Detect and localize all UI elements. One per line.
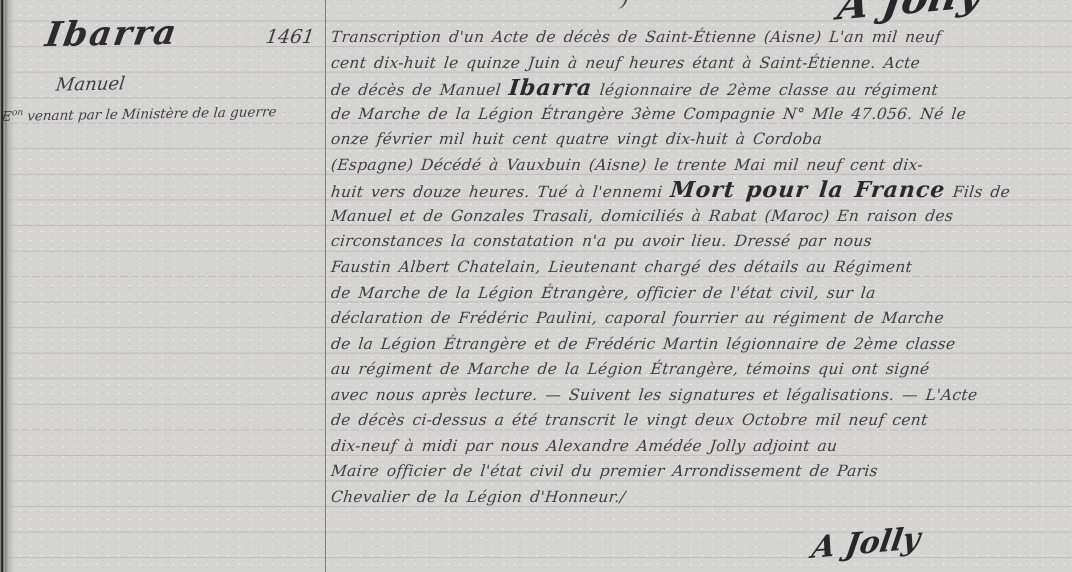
body-line-3: de décès de Manuel Ibarra légionnaire de… — [330, 78, 1069, 100]
body-text: cent dix-huit le quinze Juin à neuf heur… — [330, 54, 921, 72]
body-line-15: avec nous après lecture. — Suivent les s… — [330, 385, 1069, 405]
body-text: (Espagne) Décédé à Vauxbuin (Aisne) le t… — [330, 156, 924, 174]
body-line-1: Transcription d'un Acte de décès de Sain… — [330, 27, 1069, 47]
body-text: Chevalier de la Légion d'Honneur./ — [330, 488, 626, 506]
body-line-9: circonstances la constatation n'a pu avo… — [330, 231, 1069, 251]
body-text: légionnaire de 2ème classe au régiment — [591, 81, 939, 99]
body-line-5: onze février mil huit cent quatre vingt … — [330, 129, 1069, 149]
body-text: Transcription d'un Acte de décès de Sain… — [330, 28, 942, 46]
body-line-7: huit vers douze heures. Tué à l'ennemi M… — [330, 180, 1069, 202]
body-line-8: Manuel et de Gonzales Trasali, domicilié… — [330, 206, 1069, 226]
body-line-16: de décès ci-dessus a été transcrit le vi… — [330, 410, 1069, 430]
body-text: circonstances la constatation n'a pu avo… — [330, 232, 873, 250]
body-line-11: de Marche de la Légion Étrangère, offici… — [330, 283, 1069, 303]
body-line-18: Maire officier de l'état civil du premie… — [330, 461, 1069, 481]
body-text: Faustin Albert Chatelain, Lieutenant cha… — [330, 258, 913, 276]
body-text: de décès ci-dessus a été transcrit le vi… — [330, 411, 929, 429]
body-text: de Marche de la Légion Étrangère, offici… — [330, 284, 877, 302]
body-line-13: de la Légion Étrangère et de Frédéric Ma… — [330, 334, 1069, 354]
body-text: dix-neuf à midi par nous Alexandre Amédé… — [330, 437, 838, 455]
body-text: Manuel et de Gonzales Trasali, domicilié… — [330, 207, 954, 225]
body-line-4: de Marche de la Légion Étrangère 3ème Co… — [330, 104, 1069, 124]
body-text: déclaration de Frédéric Paulini, caporal… — [330, 309, 945, 327]
body-line-2: cent dix-huit le quinze Juin à neuf heur… — [330, 53, 1069, 73]
body-line-19: Chevalier de la Légion d'Honneur./ — [330, 487, 1069, 507]
body-text: au régiment de Marche de la Légion Étran… — [330, 360, 930, 378]
document-page: Ibarra 1461 Manuel Eon venant par le Min… — [0, 0, 1072, 572]
body-line-14: au régiment de Marche de la Légion Étran… — [330, 359, 1069, 379]
body-text: onze février mil huit cent quatre vingt … — [330, 130, 823, 148]
body-text: avec nous après lecture. — Suivent les s… — [330, 386, 978, 404]
body-line-6: (Espagne) Décédé à Vauxbuin (Aisne) le t… — [330, 155, 1069, 175]
body-text: de la Légion Étrangère et de Frédéric Ma… — [330, 335, 956, 353]
body-line-17: dix-neuf à midi par nous Alexandre Amédé… — [330, 436, 1069, 456]
body-lines: Transcription d'un Acte de décès de Sain… — [0, 0, 1072, 572]
emphasized-text: Mort pour la France — [669, 180, 947, 202]
body-text: Fils de — [944, 183, 1011, 201]
body-text: de décès de Manuel — [330, 81, 510, 99]
emphasized-text: Ibarra — [507, 78, 593, 100]
body-text: Maire officier de l'état civil du premie… — [330, 462, 879, 480]
body-line-12: déclaration de Frédéric Paulini, caporal… — [330, 308, 1069, 328]
body-text: huit vers douze heures. Tué à l'ennemi — [330, 183, 671, 201]
body-line-10: Faustin Albert Chatelain, Lieutenant cha… — [330, 257, 1069, 277]
body-text: de Marche de la Légion Étrangère 3ème Co… — [330, 105, 967, 123]
